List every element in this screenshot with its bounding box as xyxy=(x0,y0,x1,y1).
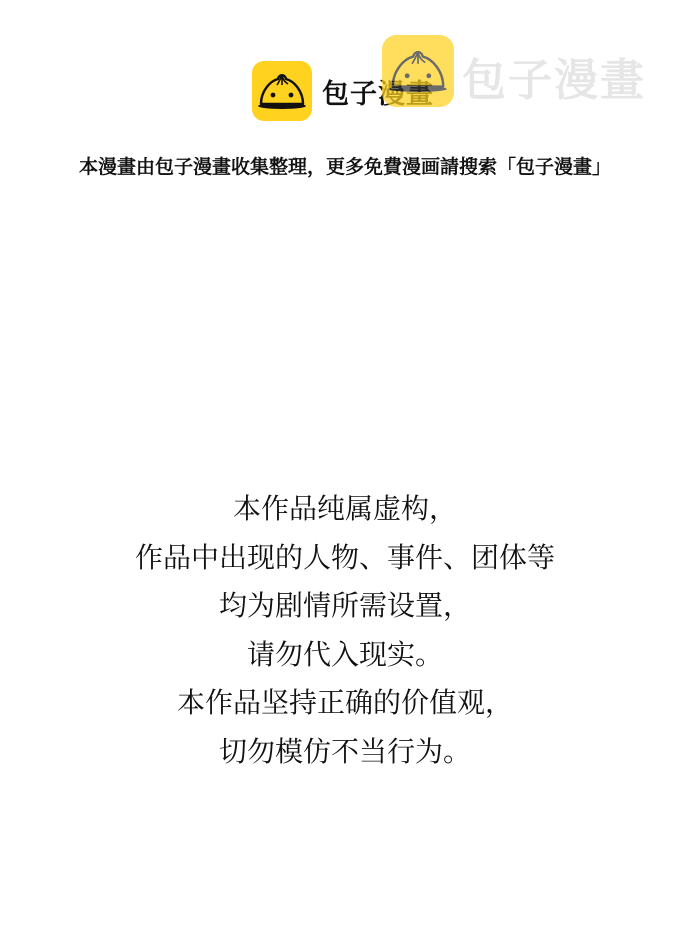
disclaimer-block: 本作品纯属虚构， 作品中出现的人物、事件、团体等 均为剧情所需设置， 请勿代入现… xyxy=(0,485,690,776)
steamed-bun-logo-icon xyxy=(252,61,312,121)
disclaimer-line: 均为剧情所需设置， xyxy=(0,582,690,631)
disclaimer-line: 本作品纯属虚构， xyxy=(0,485,690,534)
disclaimer-line: 请勿代入现实。 xyxy=(0,631,690,680)
collection-notice: 本漫畫由包子漫畫收集整理，更多免費漫画請搜索「包子漫畫」 xyxy=(0,152,690,179)
watermark-steamed-bun-icon xyxy=(382,35,454,107)
disclaimer-line: 本作品坚持正确的价值观， xyxy=(0,679,690,728)
disclaimer-line: 作品中出现的人物、事件、团体等 xyxy=(0,534,690,583)
watermark-brand-name: 包子漫畫 xyxy=(462,44,646,108)
disclaimer-line: 切勿模仿不当行为。 xyxy=(0,728,690,777)
